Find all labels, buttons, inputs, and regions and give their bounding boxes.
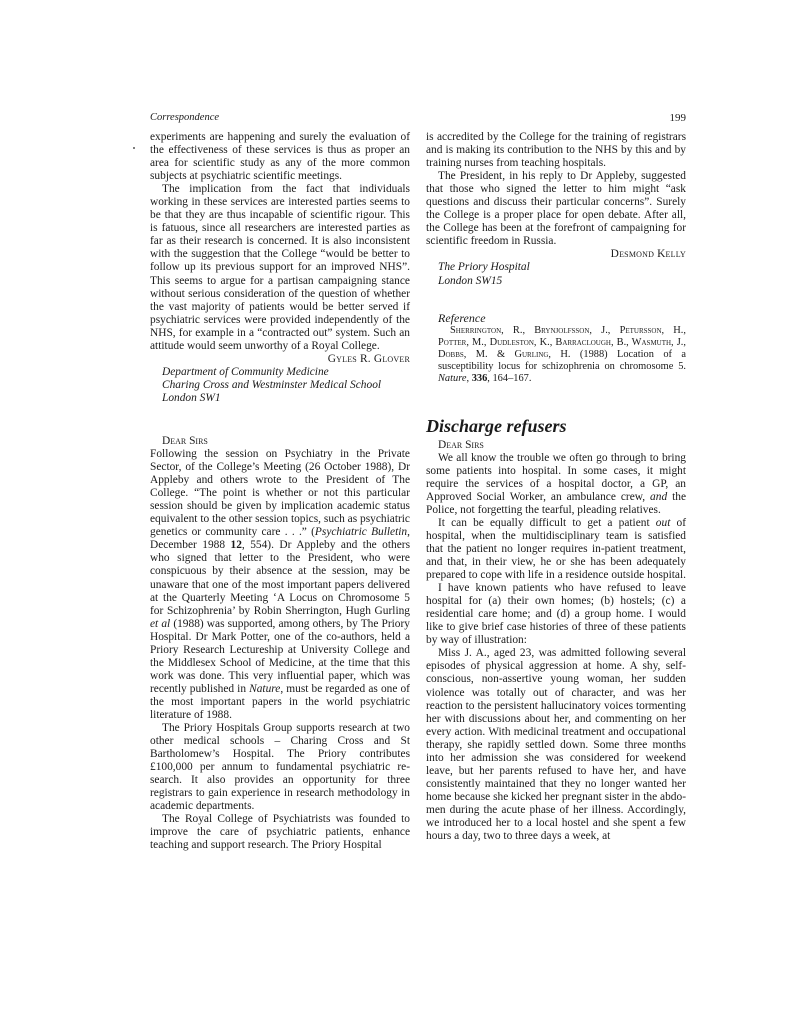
page-number: 199: [640, 112, 686, 124]
letter2-paragraph-2: The Priory Hospitals Group supports rese…: [150, 722, 410, 813]
reference-heading: Reference: [426, 312, 686, 325]
spacer: [150, 405, 410, 435]
letter1-signature: Gyles R. Glover: [150, 353, 410, 366]
letter3-paragraph-3: I have known patients who have refused t…: [426, 582, 686, 647]
letter2-paragraph-3-continued: is accredited by the College for the tra…: [426, 131, 686, 170]
reference-journal: Nature: [438, 373, 466, 384]
emphasis: out: [656, 517, 671, 529]
letter1-paragraph-1: experiments are happening and surely the…: [150, 131, 410, 183]
left-column: experiments are happening and surely the…: [150, 131, 410, 852]
letter2-affiliation-1: The Priory Hospital: [426, 261, 686, 274]
reference-entry: Sherrington, R., Brynjolfsson, J., Petur…: [426, 325, 686, 386]
journal-name: Nature: [249, 683, 280, 695]
letter3-salutation: Dear Sirs: [426, 439, 686, 452]
reference-volume: 336: [472, 373, 488, 384]
letter2-signature: Desmond Kelly: [426, 248, 686, 261]
emphasis: and: [650, 491, 667, 503]
reference-pages: , 164–167.: [487, 373, 531, 384]
spacer: [426, 288, 686, 312]
letter2-paragraph-4: The President, in his reply to Dr Appleb…: [426, 170, 686, 248]
letter3-paragraph-2: It can be equally difficult to get a pat…: [426, 517, 686, 582]
section-title: Discharge refusers: [426, 416, 686, 436]
letter1-paragraph-2: The implication from the fact that indiv…: [150, 183, 410, 353]
scan-speck: [133, 147, 135, 149]
spacer: [426, 386, 686, 416]
letter1-affiliation-1: Department of Community Medicine: [150, 366, 410, 379]
letter2-affiliation-2: London SW15: [426, 275, 686, 288]
text-run: Following the session on Psychiatry in t…: [150, 448, 410, 538]
letter2-paragraph-1: Following the session on Psychiatry in t…: [150, 448, 410, 722]
letter1-affiliation-2: Charing Cross and Westminster Medical Sc…: [150, 379, 410, 392]
running-head: Correspondence: [150, 112, 219, 123]
et-al: et al: [150, 618, 170, 630]
text-run: It can be equally difficult to get a pat…: [438, 517, 656, 529]
letter1-affiliation-3: London SW1: [150, 392, 410, 405]
right-column: is accredited by the College for the tra…: [426, 131, 686, 843]
letter3-paragraph-4: Miss J. A., aged 23, was admitted follow…: [426, 647, 686, 843]
text-run: We all know the trouble we often go thro…: [426, 452, 686, 503]
journal-name: Psychi­atric Bulletin: [315, 526, 407, 538]
letter2-paragraph-3: The Royal College of Psychiatrists was f…: [150, 813, 410, 852]
volume-number: 12: [231, 539, 242, 551]
letter2-salutation: Dear Sirs: [150, 435, 410, 448]
letter3-paragraph-1: We all know the trouble we often go thro…: [426, 452, 686, 517]
